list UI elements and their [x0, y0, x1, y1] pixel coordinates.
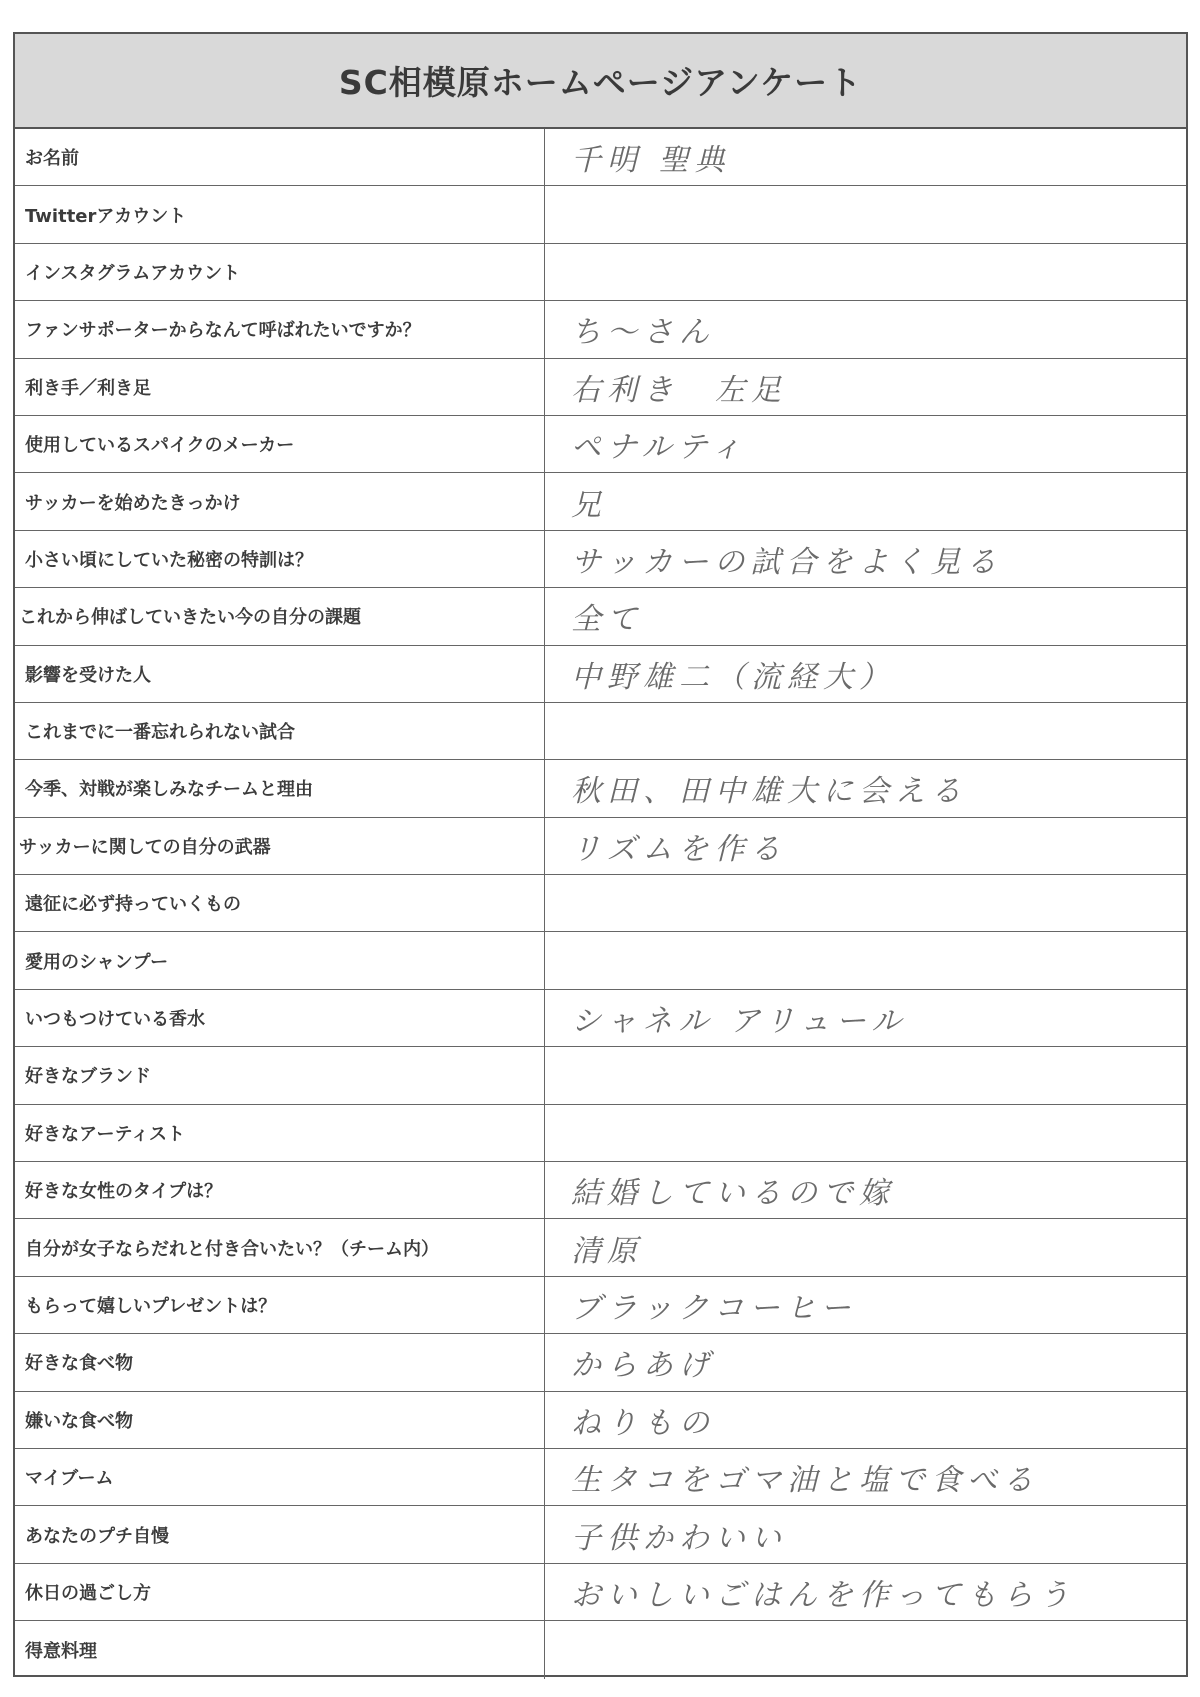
question-label: 嫌いな食べ物	[15, 1392, 545, 1448]
row-teammate-date: 自分が女子ならだれと付き合いたい？（チーム内）清原	[15, 1219, 1186, 1276]
question-label: 好きな食べ物	[15, 1334, 545, 1390]
answer-field: からあげ	[545, 1334, 1186, 1390]
answer-field: 子供かわいい	[545, 1506, 1186, 1562]
row-holiday: 休日の過ごし方おいしいごはんを作ってもらう	[15, 1564, 1186, 1621]
row-spike-maker: 使用しているスパイクのメーカーペナルティ	[15, 416, 1186, 473]
question-label: これから伸ばしていきたい今の自分の課題	[15, 588, 545, 644]
answer-field: 右利き 左足	[545, 359, 1186, 415]
answer-field: 中野雄二（流経大）	[545, 646, 1186, 702]
question-label: お名前	[15, 129, 545, 185]
row-favorite-food: 好きな食べ物からあげ	[15, 1334, 1186, 1391]
question-label: 小さい頃にしていた秘密の特訓は？	[15, 531, 545, 587]
answer-field: 兄	[545, 473, 1186, 529]
answer-field	[545, 1621, 1186, 1678]
question-label: 今季、対戦が楽しみなチームと理由	[15, 760, 545, 816]
question-label: いつもつけている香水	[15, 990, 545, 1046]
row-soccer-start: サッカーを始めたきっかけ兄	[15, 473, 1186, 530]
row-my-boom: マイブーム生タコをゴマ油と塩で食べる	[15, 1449, 1186, 1506]
row-shampoo: 愛用のシャンプー	[15, 932, 1186, 989]
question-label: 自分が女子ならだれと付き合いたい？（チーム内）	[15, 1219, 545, 1275]
row-anticipated-team: 今季、対戦が楽しみなチームと理由秋田、田中雄大に会える	[15, 760, 1186, 817]
row-petit-pride: あなたのプチ自慢子供かわいい	[15, 1506, 1186, 1563]
row-ideal-type: 好きな女性のタイプは？結婚しているので嫁	[15, 1162, 1186, 1219]
row-artist: 好きなアーティスト	[15, 1105, 1186, 1162]
question-label: サッカーを始めたきっかけ	[15, 473, 545, 529]
answer-field	[545, 1105, 1186, 1161]
question-label: 休日の過ごし方	[15, 1564, 545, 1620]
question-label: 好きな女性のタイプは？	[15, 1162, 545, 1218]
question-label: もらって嬉しいプレゼントは？	[15, 1277, 545, 1333]
answer-field	[545, 244, 1186, 300]
row-twitter: Twitterアカウント	[15, 186, 1186, 243]
answer-field: ペナルティ	[545, 416, 1186, 472]
answer-field: リズムを作る	[545, 818, 1186, 874]
answer-field: 全て	[545, 588, 1186, 644]
answer-field: シャネル アリュール	[545, 990, 1186, 1046]
row-secret-training: 小さい頃にしていた秘密の特訓は？サッカーの試合をよく見る	[15, 531, 1186, 588]
answer-field: おいしいごはんを作ってもらう	[545, 1564, 1186, 1620]
answer-field	[545, 932, 1186, 988]
questionnaire-form: SC相模原ホームページアンケート お名前千明 聖典 Twitterアカウント イ…	[13, 32, 1188, 1677]
question-label: 得意料理	[15, 1621, 545, 1678]
question-label: 利き手／利き足	[15, 359, 545, 415]
question-label: Twitterアカウント	[15, 186, 545, 242]
row-challenges: これから伸ばしていきたい今の自分の課題全て	[15, 588, 1186, 645]
form-header: SC相模原ホームページアンケート	[15, 34, 1186, 129]
question-label: 好きなブランド	[15, 1047, 545, 1103]
question-label: 遠征に必ず持っていくもの	[15, 875, 545, 931]
answer-field	[545, 703, 1186, 759]
row-name: お名前千明 聖典	[15, 129, 1186, 186]
question-label: 愛用のシャンプー	[15, 932, 545, 988]
row-instagram: インスタグラムアカウント	[15, 244, 1186, 301]
row-disliked-food: 嫌いな食べ物ねりもの	[15, 1392, 1186, 1449]
answer-field: 結婚しているので嫁	[545, 1162, 1186, 1218]
answer-field: 清原	[545, 1219, 1186, 1275]
row-weapon: サッカーに関しての自分の武器リズムを作る	[15, 818, 1186, 875]
row-away-item: 遠征に必ず持っていくもの	[15, 875, 1186, 932]
question-label: 使用しているスパイクのメーカー	[15, 416, 545, 472]
row-present: もらって嬉しいプレゼントは？ブラックコーヒー	[15, 1277, 1186, 1334]
question-label: あなたのプチ自慢	[15, 1506, 545, 1562]
row-unforgettable-match: これまでに一番忘れられない試合	[15, 703, 1186, 760]
answer-field: 生タコをゴマ油と塩で食べる	[545, 1449, 1186, 1505]
row-dominant-hand-foot: 利き手／利き足右利き 左足	[15, 359, 1186, 416]
form-title: SC相模原ホームページアンケート	[339, 57, 862, 104]
row-brand: 好きなブランド	[15, 1047, 1186, 1104]
answer-field	[545, 186, 1186, 242]
answer-field: 千明 聖典	[545, 129, 1186, 185]
row-influence: 影響を受けた人中野雄二（流経大）	[15, 646, 1186, 703]
question-table: お名前千明 聖典 Twitterアカウント インスタグラムアカウント ファンサポ…	[15, 129, 1186, 1679]
answer-field: ブラックコーヒー	[545, 1277, 1186, 1333]
answer-field: ねりもの	[545, 1392, 1186, 1448]
question-label: 影響を受けた人	[15, 646, 545, 702]
question-label: これまでに一番忘れられない試合	[15, 703, 545, 759]
answer-field	[545, 875, 1186, 931]
row-nickname: ファンサポーターからなんて呼ばれたいですか？ち〜さん	[15, 301, 1186, 358]
question-label: マイブーム	[15, 1449, 545, 1505]
question-label: ファンサポーターからなんて呼ばれたいですか？	[15, 301, 545, 357]
answer-field: 秋田、田中雄大に会える	[545, 760, 1186, 816]
row-specialty-dish: 得意料理	[15, 1621, 1186, 1678]
answer-field	[545, 1047, 1186, 1103]
question-label: インスタグラムアカウント	[15, 244, 545, 300]
answer-field: ち〜さん	[545, 301, 1186, 357]
answer-field: サッカーの試合をよく見る	[545, 531, 1186, 587]
question-label: サッカーに関しての自分の武器	[15, 818, 545, 874]
question-label: 好きなアーティスト	[15, 1105, 545, 1161]
row-perfume: いつもつけている香水シャネル アリュール	[15, 990, 1186, 1047]
